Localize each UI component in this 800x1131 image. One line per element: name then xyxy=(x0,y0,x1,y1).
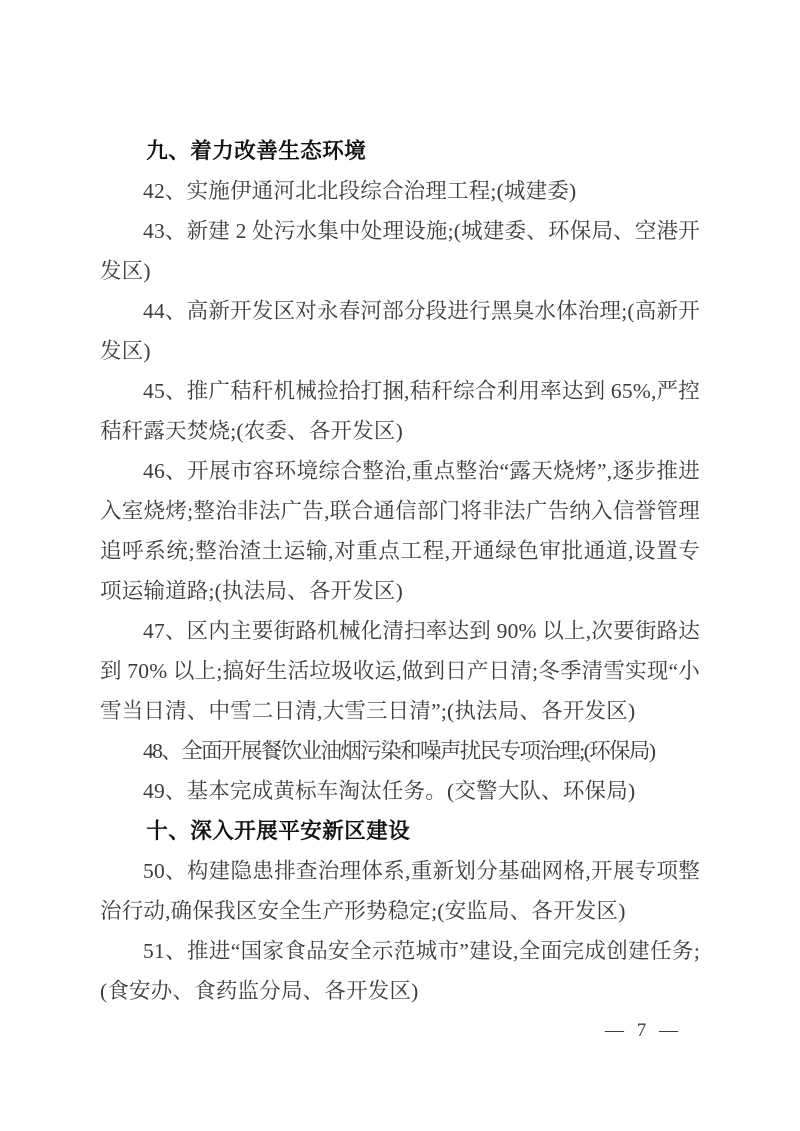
item-paragraph: 42、实施伊通河北北段综合治理工程;(城建委) xyxy=(100,171,700,211)
document-body: 九、着力改善生态环境42、实施伊通河北北段综合治理工程;(城建委)43、新建 2… xyxy=(100,131,700,1011)
document-page: 九、着力改善生态环境42、实施伊通河北北段综合治理工程;(城建委)43、新建 2… xyxy=(0,0,800,1131)
item-paragraph: 48、全面开展餐饮业油烟污染和噪声扰民专项治理;(环保局) xyxy=(100,731,700,771)
page-number: — 7 — xyxy=(605,1020,682,1041)
section-heading: 十、深入开展平安新区建设 xyxy=(100,811,700,851)
section-heading: 九、着力改善生态环境 xyxy=(100,131,700,171)
item-paragraph: 44、高新开发区对永春河部分段进行黑臭水体治理;(高新开发区) xyxy=(100,291,700,371)
item-paragraph: 49、基本完成黄标车淘汰任务。(交警大队、环保局) xyxy=(100,771,700,811)
item-paragraph: 43、新建 2 处污水集中处理设施;(城建委、环保局、空港开发区) xyxy=(100,211,700,291)
item-paragraph: 51、推进“国家食品安全示范城市”建设,全面完成创建任务;(食安办、食药监分局、… xyxy=(100,931,700,1011)
item-paragraph: 50、构建隐患排查治理体系,重新划分基础网格,开展专项整治行动,确保我区安全生产… xyxy=(100,851,700,931)
item-paragraph: 46、开展市容环境综合整治,重点整治“露天烧烤”,逐步推进入室烧烤;整治非法广告… xyxy=(100,451,700,611)
item-paragraph: 45、推广秸秆机械捡拾打捆,秸秆综合利用率达到 65%,严控秸秆露天焚烧;(农委… xyxy=(100,371,700,451)
item-paragraph: 47、区内主要街路机械化清扫率达到 90% 以上,次要街路达到 70% 以上;搞… xyxy=(100,611,700,731)
page-footer: — 7 — xyxy=(100,1011,700,1052)
